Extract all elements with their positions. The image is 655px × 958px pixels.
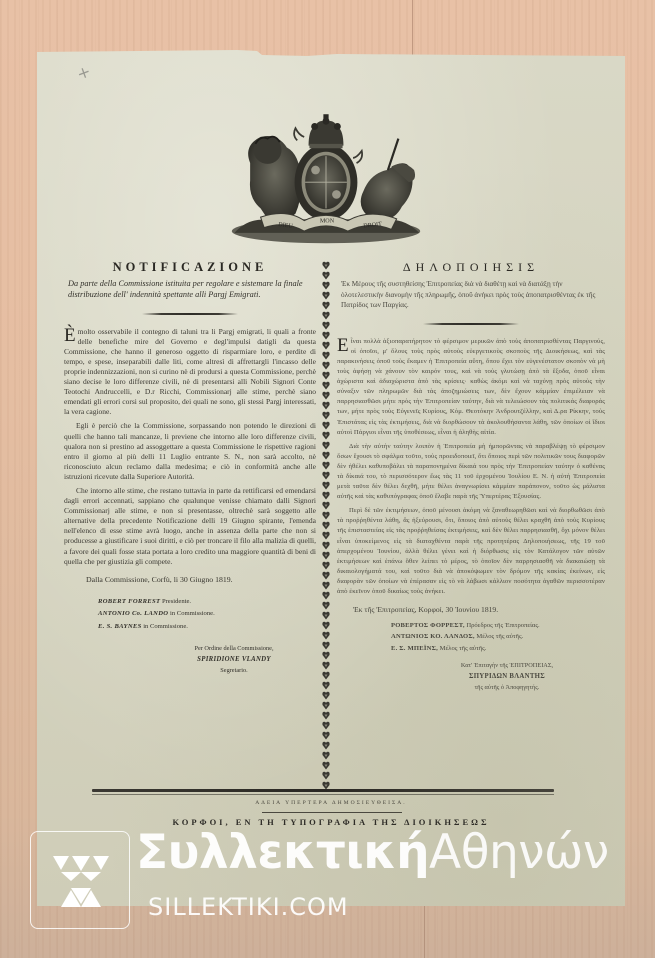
italian-title: NOTIFICAZIONE <box>64 260 316 275</box>
heart-ornament-icon <box>322 621 330 630</box>
heart-ornament-icon <box>322 431 330 440</box>
italian-order-block: Per Ordine della Commissione, SPIRIDIONE… <box>174 643 294 676</box>
heart-ornament-icon <box>322 601 330 610</box>
ornamental-divider <box>320 261 332 793</box>
heart-ornament-icon <box>322 531 330 540</box>
greek-subtitle: Ἐκ Μέρους τῆς συστηθείσης Ἐπιτροπείας δι… <box>337 279 605 311</box>
italian-subtitle: Da parte della Commissione istituita per… <box>64 279 316 301</box>
heart-ornament-icon <box>322 261 330 270</box>
heart-ornament-icon <box>322 351 330 360</box>
heart-ornament-icon <box>322 661 330 670</box>
italian-paragraph: È molto osservabile il contegno di talun… <box>64 327 316 418</box>
heart-ornament-icon <box>322 501 330 510</box>
italian-paragraph: Egli è perciò che la Commissione, sorpas… <box>64 421 316 482</box>
wood-board-seam <box>424 905 425 958</box>
heart-ornament-icon <box>322 271 330 280</box>
heart-ornament-icon <box>322 481 330 490</box>
footer-thick-rule <box>92 789 554 792</box>
heart-ornament-icon <box>322 371 330 380</box>
section-rule <box>142 313 238 315</box>
heart-ornament-icon <box>322 291 330 300</box>
greek-paragraph: Εἶναι πολλὰ ἀξιοπαρατήρητον τὸ φέρσιμον … <box>337 337 605 438</box>
heart-ornament-icon <box>322 471 330 480</box>
heart-ornament-icon <box>322 301 330 310</box>
heart-ornament-icon <box>322 631 330 640</box>
heart-ornament-icon <box>322 681 330 690</box>
heart-ornament-icon <box>322 761 330 770</box>
heart-ornament-icon <box>322 651 330 660</box>
greek-paragraph: Περὶ δὲ τῶν ἐκτιμήσεων, ὁποῦ μένουσι ἀκό… <box>337 506 605 597</box>
printer-permission-note: ΑΔΕΙΑ ΥΠΕΡΤΕΡΑ ΔΗΜΟΣΙΕΥΘΕΙΣΑ. <box>37 800 625 806</box>
greek-paragraph: Διὰ τὴν αὐτὴν ταύτην λοιπὸν ἡ Ἐπιτροπεία… <box>337 442 605 503</box>
heart-ornament-icon <box>322 391 330 400</box>
heart-ornament-icon <box>322 731 330 740</box>
heart-ornament-icon <box>322 451 330 460</box>
heart-ornament-icon <box>322 281 330 290</box>
heart-ornament-icon <box>322 751 330 760</box>
heart-ornament-icon <box>322 401 330 410</box>
heart-ornament-icon <box>322 511 330 520</box>
heart-ornament-icon <box>322 421 330 430</box>
heart-ornament-icon <box>322 541 330 550</box>
heart-ornament-icon <box>322 441 330 450</box>
heart-ornament-icon <box>322 311 330 320</box>
printer-imprint: ΚΟΡΦΟΙ, ΕΝ ΤΗ ΤΥΠΟΓΡΑΦΙΑ ΤΗΣ ΔΙΟΙΚΗΣΕΩΣ <box>37 817 625 827</box>
heart-ornament-icon <box>322 361 330 370</box>
signature-line: ΑΝΤΩΝΙΟΣ ΚΟ. ΛΑΝΔΟΣ, Μέλος τῆς αὐτῆς. <box>391 631 605 642</box>
svg-text:MON: MON <box>320 218 335 224</box>
pencil-mark: + <box>74 61 93 83</box>
heart-ornament-icon <box>322 581 330 590</box>
greek-order-block: Κατ' Ἐπιταγὴν τῆς ἘΠΙΤΡΟΠΕΙΑΣ, ΣΠΥΡΙΔΩΝ … <box>447 660 567 693</box>
signature-line: E. S. BAYNES in Commissione. <box>98 621 316 634</box>
signature-line: ROBERT FORREST Presidente. <box>98 596 316 609</box>
italian-body: È molto osservabile il contegno di talun… <box>64 327 316 567</box>
heart-ornament-icon <box>322 341 330 350</box>
greek-column: ΔΗΛΟΠΟΙΗΣΙΣ Ἐκ Μέρους τῆς συστηθείσης Ἐπ… <box>337 260 605 693</box>
dropcap: È <box>64 328 76 344</box>
signature-line: Ε. Σ. ΜΠΕΪΝΣ, Μέλος τῆς αὐτῆς. <box>391 643 605 654</box>
heart-ornament-icon <box>322 741 330 750</box>
heart-ornament-icon <box>322 721 330 730</box>
document-sheet: + DIEU <box>37 50 625 906</box>
heart-ornament-icon <box>322 641 330 650</box>
heart-ornament-icon <box>322 711 330 720</box>
heart-ornament-icon <box>322 771 330 780</box>
heart-ornament-icon <box>322 561 330 570</box>
italian-column: NOTIFICAZIONE Da parte della Commissione… <box>64 260 316 676</box>
heart-ornament-icon <box>322 691 330 700</box>
heart-ornament-icon <box>322 461 330 470</box>
heart-ornament-icon <box>322 381 330 390</box>
greek-signatures: ΡΟΒΕΡΤΟΣ ΦΟΡΡΕΣΤ, Πρόεδρος τῆς Ἐπιτροπεί… <box>391 620 605 654</box>
heart-ornament-icon <box>322 551 330 560</box>
heart-ornament-icon <box>322 331 330 340</box>
greek-body: Εἶναι πολλὰ ἀξιοπαρατήρητον τὸ φέρσιμον … <box>337 337 605 597</box>
signature-line: ΡΟΒΕΡΤΟΣ ΦΟΡΡΕΣΤ, Πρόεδρος τῆς Ἐπιτροπεί… <box>391 620 605 631</box>
greek-title: ΔΗΛΟΠΟΙΗΣΙΣ <box>337 260 605 275</box>
heart-ornament-icon <box>322 411 330 420</box>
heart-ornament-icon <box>322 321 330 330</box>
wood-board-seam <box>412 0 413 60</box>
greek-dateline: Ἐκ τῆς Ἐπιτροπείας, Κορφοί, 30 Ἰουνίου 1… <box>353 605 605 614</box>
heart-ornament-icon <box>322 591 330 600</box>
heart-ornament-icon <box>322 571 330 580</box>
heart-ornament-icon <box>322 491 330 500</box>
dropcap: Ε <box>337 338 349 354</box>
footer-thin-rule <box>92 794 554 795</box>
heart-ornament-icon <box>322 521 330 530</box>
italian-dateline: Dalla Commissione, Corfù, li 30 Giugno 1… <box>86 575 316 584</box>
italian-signatures: ROBERT FORREST Presidente. ANTONIO Co. L… <box>98 596 316 634</box>
heart-ornament-icon <box>322 701 330 710</box>
royal-coat-of-arms-icon: DIEU MON DROIT <box>217 108 435 253</box>
signature-line: ANTONIO Co. LANDO in Commissione. <box>98 608 316 621</box>
heart-ornament-icon <box>322 671 330 680</box>
heart-ornament-icon <box>322 611 330 620</box>
section-rule <box>423 323 519 325</box>
italian-paragraph: Che intorno alle stime, che restano tutt… <box>64 486 316 567</box>
printer-rule <box>262 812 402 813</box>
